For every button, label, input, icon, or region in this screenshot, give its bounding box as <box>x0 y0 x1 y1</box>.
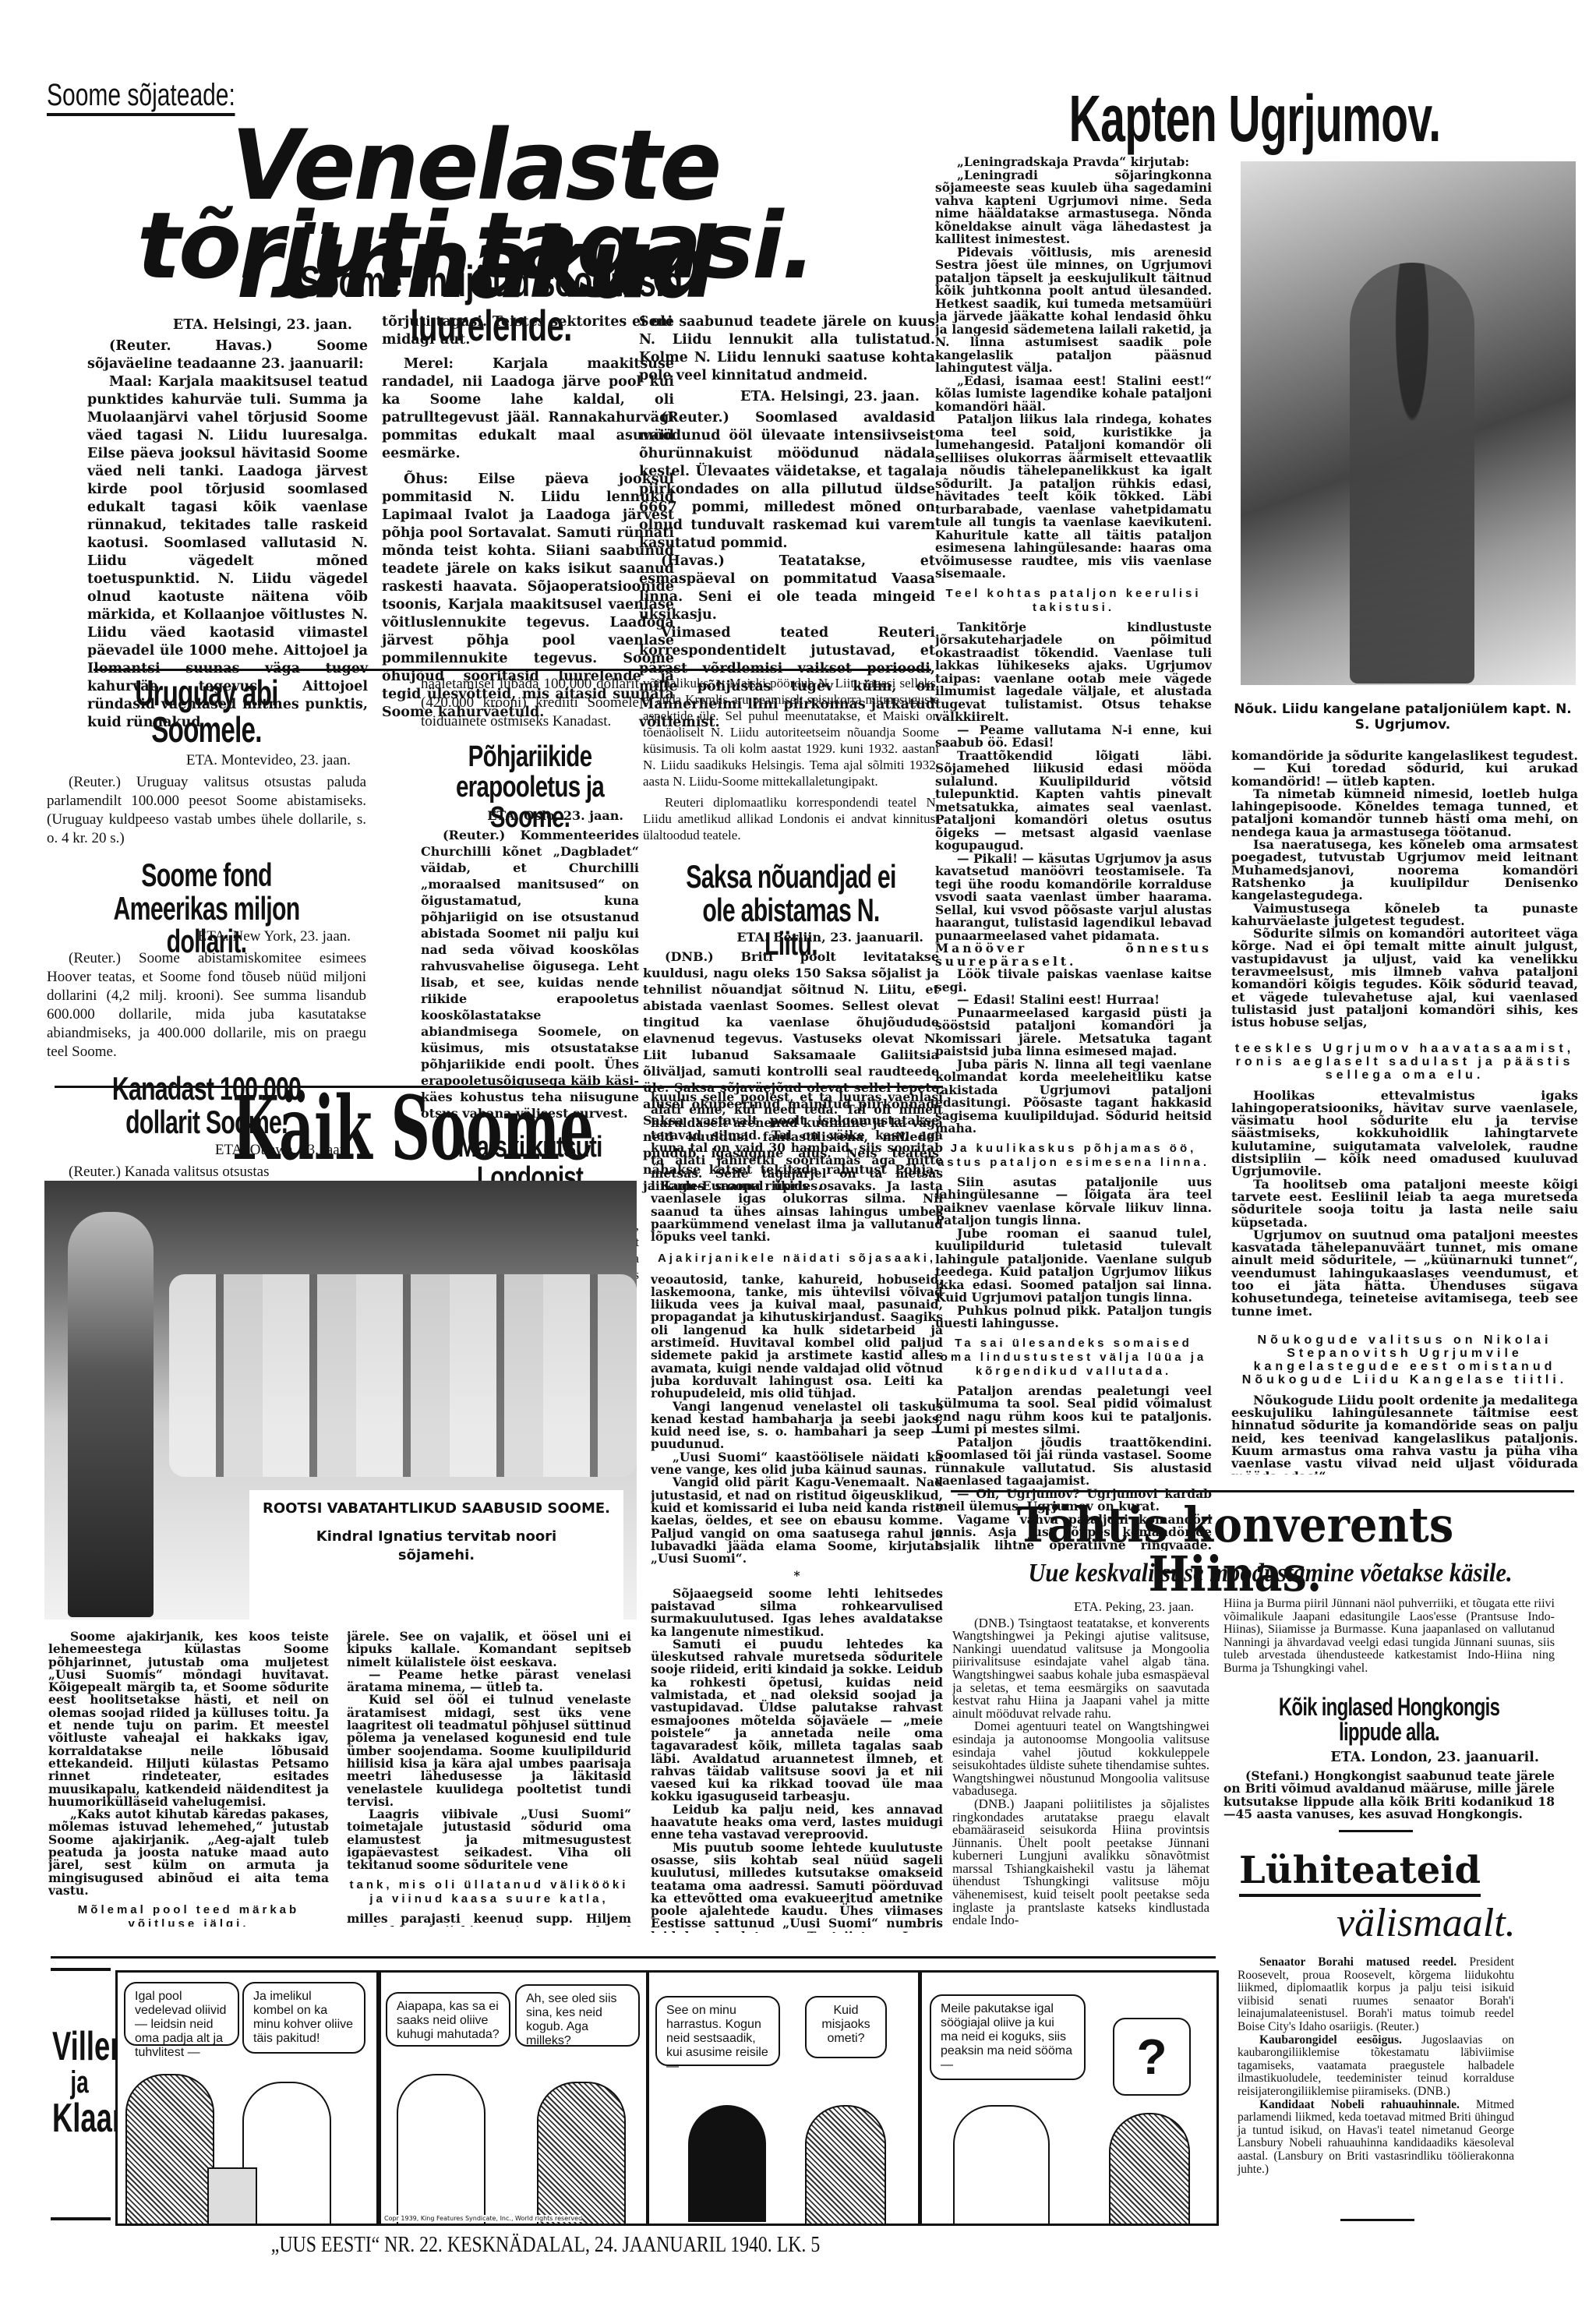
speech-bubble: Igal pool vedelevad oliivid — leidsin ne… <box>124 1982 239 2046</box>
subhead: Nõukogude valitsus on Nikolai Stepanovit… <box>1231 1333 1578 1386</box>
divider <box>1340 2219 1414 2221</box>
paragraph: Hoolikas ettevalmistus igaks lahingopera… <box>1231 1090 1578 1178</box>
hiina-col1: ETA. Peking, 23. jaan. (DNB.) Tsingtaost… <box>952 1598 1209 1933</box>
paragraph: Vangid olid pärit Kagu-Venemaalt. Nad ju… <box>651 1476 943 1565</box>
paragraph: tõrjuti tagasi. Teistes sektorites ei ol… <box>382 313 674 349</box>
paragraph: Merel: Karjala maakitsuse randadel, nii … <box>382 355 674 463</box>
kicker: Soome sõjateade: <box>47 78 235 116</box>
news-item: Senaator Borahi matused reedel. Presiden… <box>1238 1956 1514 2034</box>
paragraph: — Pikali! — käsutas Ugrjumov ja asus kav… <box>935 853 1212 943</box>
character-villem <box>125 2074 214 2225</box>
comic-panel-1: Igal pool vedelevad oliivid — leidsin ne… <box>115 1970 379 2226</box>
paragraph: Ugrjumov on suutnud oma pataljoni meeste… <box>1231 1229 1578 1318</box>
subhead: Teel kohtas pataljon keerulisi takistusi… <box>935 587 1212 615</box>
lyhiteateid-headline: Lühiteateid <box>1239 1849 1481 1897</box>
comic-title-top-rule <box>51 1968 111 1971</box>
paragraph: Traattõkendid lõigati läbi. Sõjamehed li… <box>935 750 1212 853</box>
lyhiteateid-subheadline: välismaalt. <box>1336 1900 1516 1946</box>
paragraph: Siin asutas pataljonile uus lahingülesan… <box>935 1176 1212 1227</box>
comic-panel-2: Aiapapa, kas sa ei saaks neid oliive kuh… <box>379 1970 648 2226</box>
speech-bubble: Meile pakutakse igal söögiajal oliive ja… <box>930 1994 1086 2080</box>
dateline: ETA. Montevideo, 23. jaan. <box>47 751 366 770</box>
paragraph: Löök tiivale paiskas vaenlase kaitse seg… <box>935 968 1212 994</box>
dateline: ETA. London, 23. jaanuaril. <box>1223 1749 1555 1767</box>
paragraph: Pataljon jõudis traattõkendini. Soomlase… <box>935 1436 1212 1488</box>
kaik-mid-col: järele. See on vajalik, et öösel uni ei … <box>347 1630 631 1927</box>
paragraph: Sõdurite silmis on komandöri autoriteet … <box>1231 927 1578 1029</box>
photo-caption-box: ROOTSI VABATAHTLIKUD SAABUSID SOOME. Kin… <box>249 1490 623 1623</box>
dateline: ETA. Helsingi, 23. jaan. <box>87 316 368 334</box>
pohjariikide-headline: Põhjariikide erapooletus ja Soome. <box>445 742 615 804</box>
kanada-continued: hääletamisel lubada 100.000 dollarit (42… <box>421 675 639 731</box>
maiski-continued: võimalikuks, et Maiski pöördub N. Liitu … <box>643 675 939 843</box>
hiina-col2: Hiina ja Burma piiril Jünnani näol puhve… <box>1223 1598 1555 1821</box>
paragraph: „Kaks autot kihutab käredas pakases, mõl… <box>48 1808 329 1897</box>
character-klaar <box>537 2082 626 2225</box>
dateline: ETA. Peking, 23. jaan. <box>952 1601 1209 1614</box>
paragraph: kuulus selle poolest, et ta luuras vaenl… <box>651 1091 943 1244</box>
paragraph: Pataljon arendas pealetungi veel külmuma… <box>935 1385 1212 1436</box>
paragraph: Soome ajakirjanik, kes koos teiste lehem… <box>48 1630 329 1808</box>
hiina-subheadline: Uue keskvalitsuse moodustamine võetakse … <box>997 1559 1544 1588</box>
paragraph: — Peame vallutama N-i enne, kui saabub ö… <box>935 724 1212 750</box>
paragraph: (Havas.) Teatatakse, et esmaspäeval on p… <box>639 553 935 624</box>
comic-title-line1: Villem <box>52 2026 107 2067</box>
paragraph: Reuteri diplomaatliku korrespondendi tea… <box>643 794 939 843</box>
paragraph: milles parajasti keenud supp. Hiljem saa… <box>347 1913 631 1927</box>
paragraph: Jube rooman ei saanud tulel, kuulipildur… <box>935 1227 1212 1305</box>
photo-caption-title: ROOTSI VABATAHTLIKUD SAABUSID SOOME. <box>249 1499 623 1518</box>
comic-title-line2: ja <box>52 2067 107 2098</box>
paragraph: „Uusi Suomi“ kaastöölisele näidati ka ve… <box>651 1451 943 1477</box>
star-separator: * <box>651 1570 943 1582</box>
paragraph: Nõukogude Liidu poolt ordenite ja medali… <box>1231 1394 1578 1475</box>
news-item: Kandidaat Nobeli rahuauhinnale. Mitmed p… <box>1238 2099 1514 2177</box>
ugrjumov-col2: komandöride ja sõdurite kangelaslikest t… <box>1231 750 1578 1475</box>
hongkong-headline: Kõik inglased Hongkongis lippude alla. <box>1265 1694 1513 1746</box>
subhead: Mõlemal pool teed märkab võitluse jälgi. <box>48 1903 329 1927</box>
paragraph: (Reuter.) Soomlased avaldasid möödunud ö… <box>639 409 935 553</box>
question-bubble: ? <box>1113 2018 1191 2096</box>
comic-panel-3: See on minu harrastus. Kogun neid sestsa… <box>647 1970 920 2226</box>
paragraph: Leidub ka palju neid, kes annavad haavat… <box>651 1803 943 1842</box>
speech-bubble: Kuid misjaoks ometi? <box>805 1996 887 2058</box>
paragraph: järele. See on vajalik, et öösel uni ei … <box>347 1630 631 1669</box>
paragraph: Juba päris N. linna all tegi vaenlane ko… <box>935 1058 1212 1136</box>
comic-title-bottom-rule <box>51 2217 111 2220</box>
divider <box>951 1490 1574 1492</box>
soldier-figure <box>1350 263 1474 683</box>
divider <box>1339 1830 1413 1832</box>
divider <box>51 1956 1216 1959</box>
paragraph: Kuid sel ööl ei tulnud venelaste äratami… <box>347 1694 631 1808</box>
paragraph: (Reuter.) Soome abistamiskomitee esimees… <box>47 949 366 1061</box>
saksa-headline: Saksa nõuandjad ei ole abistamas N. Liit… <box>684 860 898 926</box>
speech-bubble: See on minu harrastus. Kogun neid sestsa… <box>655 1996 780 2066</box>
ugrjumov-photo <box>1241 161 1576 685</box>
paragraph: Hiina ja Burma piiril Jünnani näol puhve… <box>1223 1598 1555 1676</box>
character-klaar <box>953 2105 1050 2225</box>
subhead: Ja kuulikaskus põhjamas öö, astus patalj… <box>935 1142 1212 1170</box>
paragraph: (Reuter. Havas.) Soome sõjaväeline teada… <box>87 337 368 373</box>
ugrjumov-photo-caption: Nõuk. Liidu kangelane pataljoniülem kapt… <box>1231 701 1574 733</box>
paragraph: Puhkus polnud pikk. Pataljon tungis uues… <box>935 1305 1212 1330</box>
character-villem <box>1109 2113 1190 2225</box>
lyhiteateid-items: Senaator Borahi matused reedel. Presiden… <box>1238 1956 1514 2176</box>
paragraph: (DNB.) Tsingtaost teatatakse, et konvere… <box>952 1617 1209 1721</box>
top-story-col2: tõrjuti tagasi. Teistes sektorites ei ol… <box>382 313 674 722</box>
photo-caption-text: Kindral Ignatius tervitab noori sõjamehi… <box>249 1528 623 1565</box>
divider <box>94 669 931 671</box>
paragraph: Sõjaaegseid soome lehti lehitsedes paist… <box>651 1588 943 1638</box>
comic-panel-4: Meile pakutakse igal söögiajal oliive ja… <box>920 1970 1219 2226</box>
paragraph: võimalikuks, et Maiski pöördub N. Liitu … <box>643 675 939 789</box>
paragraph: Punaarmeelased kargasid püsti ja sööstsi… <box>935 1007 1212 1058</box>
paragraph: Vaimustusega kõneleb ta punaste kahurväe… <box>1231 902 1578 928</box>
paragraph: (Reuter.) Uruguay valitsus otsustas palu… <box>47 773 366 848</box>
kaik-left-col: Soome ajakirjanik, kes koos teiste lehem… <box>48 1630 329 1927</box>
paragraph: Pataljon liikus lala rindega, kohates om… <box>935 413 1212 581</box>
pohjariikide-body: ETA. Oslo, 23. jaan. (Reuter.) Kommentee… <box>421 807 639 1121</box>
soldiers-group <box>169 1274 637 1477</box>
paragraph: Ta hoolitseb oma pataljoni meeste kõigi … <box>1231 1178 1578 1229</box>
item-lead: Kaubarongidel eesõigus. <box>1259 2033 1402 2047</box>
paragraph: Samuti ei puudu lehtedes ka üleskutsed r… <box>651 1638 943 1803</box>
speech-bubble: Ja imelikul kombel on ka minu kohver oli… <box>242 1982 365 2054</box>
paragraph: Pidevais võitlusis, mis arenesid Sestra … <box>935 246 1212 375</box>
general-figure <box>68 1212 154 1617</box>
comic-title-line3: Klaar? <box>52 2098 107 2139</box>
paragraph: hääletamisel lubada 100.000 dollarit (42… <box>421 675 639 731</box>
paragraph: „Edasi, isamaa eest! Stalini eest!“ kõla… <box>935 375 1212 414</box>
ugrjumov-headline: Kapten Ugrjumov. <box>1027 86 1483 153</box>
subhead: Ta sai ülesandeks somaised oma lindustus… <box>935 1337 1212 1379</box>
speech-bubble: Aiapapa, kas sa ei saaks neid oliive kuh… <box>386 1992 510 2047</box>
paragraph: veoautosid, tanke, kahureid, hobuseid, l… <box>651 1273 943 1401</box>
uruguay-headline: Uruguay abi Soomele. <box>91 675 321 748</box>
paragraph: Ta nimetab kümneid nimesid, loetleb hulg… <box>1231 788 1578 839</box>
paragraph: Vangi langenud venelastel oli taskus ken… <box>651 1401 943 1451</box>
paragraph: (DNB.) Jaapani poliitilistes ja sõjalist… <box>952 1798 1209 1927</box>
comic-copyright: Copr 1939, King Features Syndicate, Inc.… <box>384 2215 582 2222</box>
subhead: Ajakirjanikele näidati sõjasaaki, <box>651 1252 943 1266</box>
page-footer: „UUS EESTI“ NR. 22. KESKNÄDALAL, 24. JAA… <box>148 2233 943 2258</box>
paragraph: Manööver õnnestus suurepäraselt. <box>935 942 1212 968</box>
speech-bubble: Ah, see oled siis sina, kes neid kogub. … <box>515 1984 640 2047</box>
character-villem <box>397 2074 486 2225</box>
comic-title: Villem ja Klaar? <box>41 2026 118 2139</box>
uruguay-body: ETA. Montevideo, 23. jaan. (Reuter.) Uru… <box>47 751 366 848</box>
news-item: Kaubarongidel eesõigus. Jugoslaavias on … <box>1238 2034 1514 2099</box>
paragraph: Tankitõrje kindlustuste jõrsakuteharjade… <box>935 621 1212 724</box>
paragraph: Seni saabunud teadete järele on kuus N. … <box>639 313 935 385</box>
paragraph: — Peame hetke pärast venelasi äratama mi… <box>347 1669 631 1694</box>
paragraph: Domei agentuuri teatel on Wangtshingwei … <box>952 1720 1209 1798</box>
character-villem <box>805 2105 886 2225</box>
paragraph: Laagris viibivale „Uusi Suomi“ toimetaja… <box>347 1808 631 1871</box>
paragraph: Mis puutub soome lehtede kuulutuste osas… <box>651 1842 943 1933</box>
subhead: tank, mis oli üllatanud välikööki ja vii… <box>347 1878 631 1906</box>
paragraph: (Stefani.) Hongkongist saabunud teate jä… <box>1223 1770 1555 1821</box>
paragraph: „Leningradi sõjaringkonna sõjameeste sea… <box>935 169 1212 246</box>
paragraph: — Kui toredad sõdurid, kui arukad komand… <box>1231 762 1578 788</box>
subhead: teeskles Ugrjumov haavatasaamist, ronis … <box>1231 1042 1578 1082</box>
paragraph: Isa naeratusega, kes kõneleb oma armsate… <box>1231 839 1578 902</box>
fond-headline: Soome fond Ameerikas miljon dollarit. <box>91 859 321 924</box>
item-lead: Kandidaat Nobeli rahuauhinnale. <box>1259 2098 1460 2111</box>
ugrjumov-col1: „Leningradskaja Pravda“ kirjutab: „Lenin… <box>935 156 1212 1551</box>
dateline: ETA. Helsingi, 23. jaan. <box>639 388 935 406</box>
character-back <box>688 2105 766 2222</box>
item-lead: Senaator Borahi matused reedel. <box>1259 1955 1457 1969</box>
suitcase <box>207 2167 257 2225</box>
kaik-right-col: kuulus selle poolest, et ta luuras vaenl… <box>651 1091 943 1933</box>
